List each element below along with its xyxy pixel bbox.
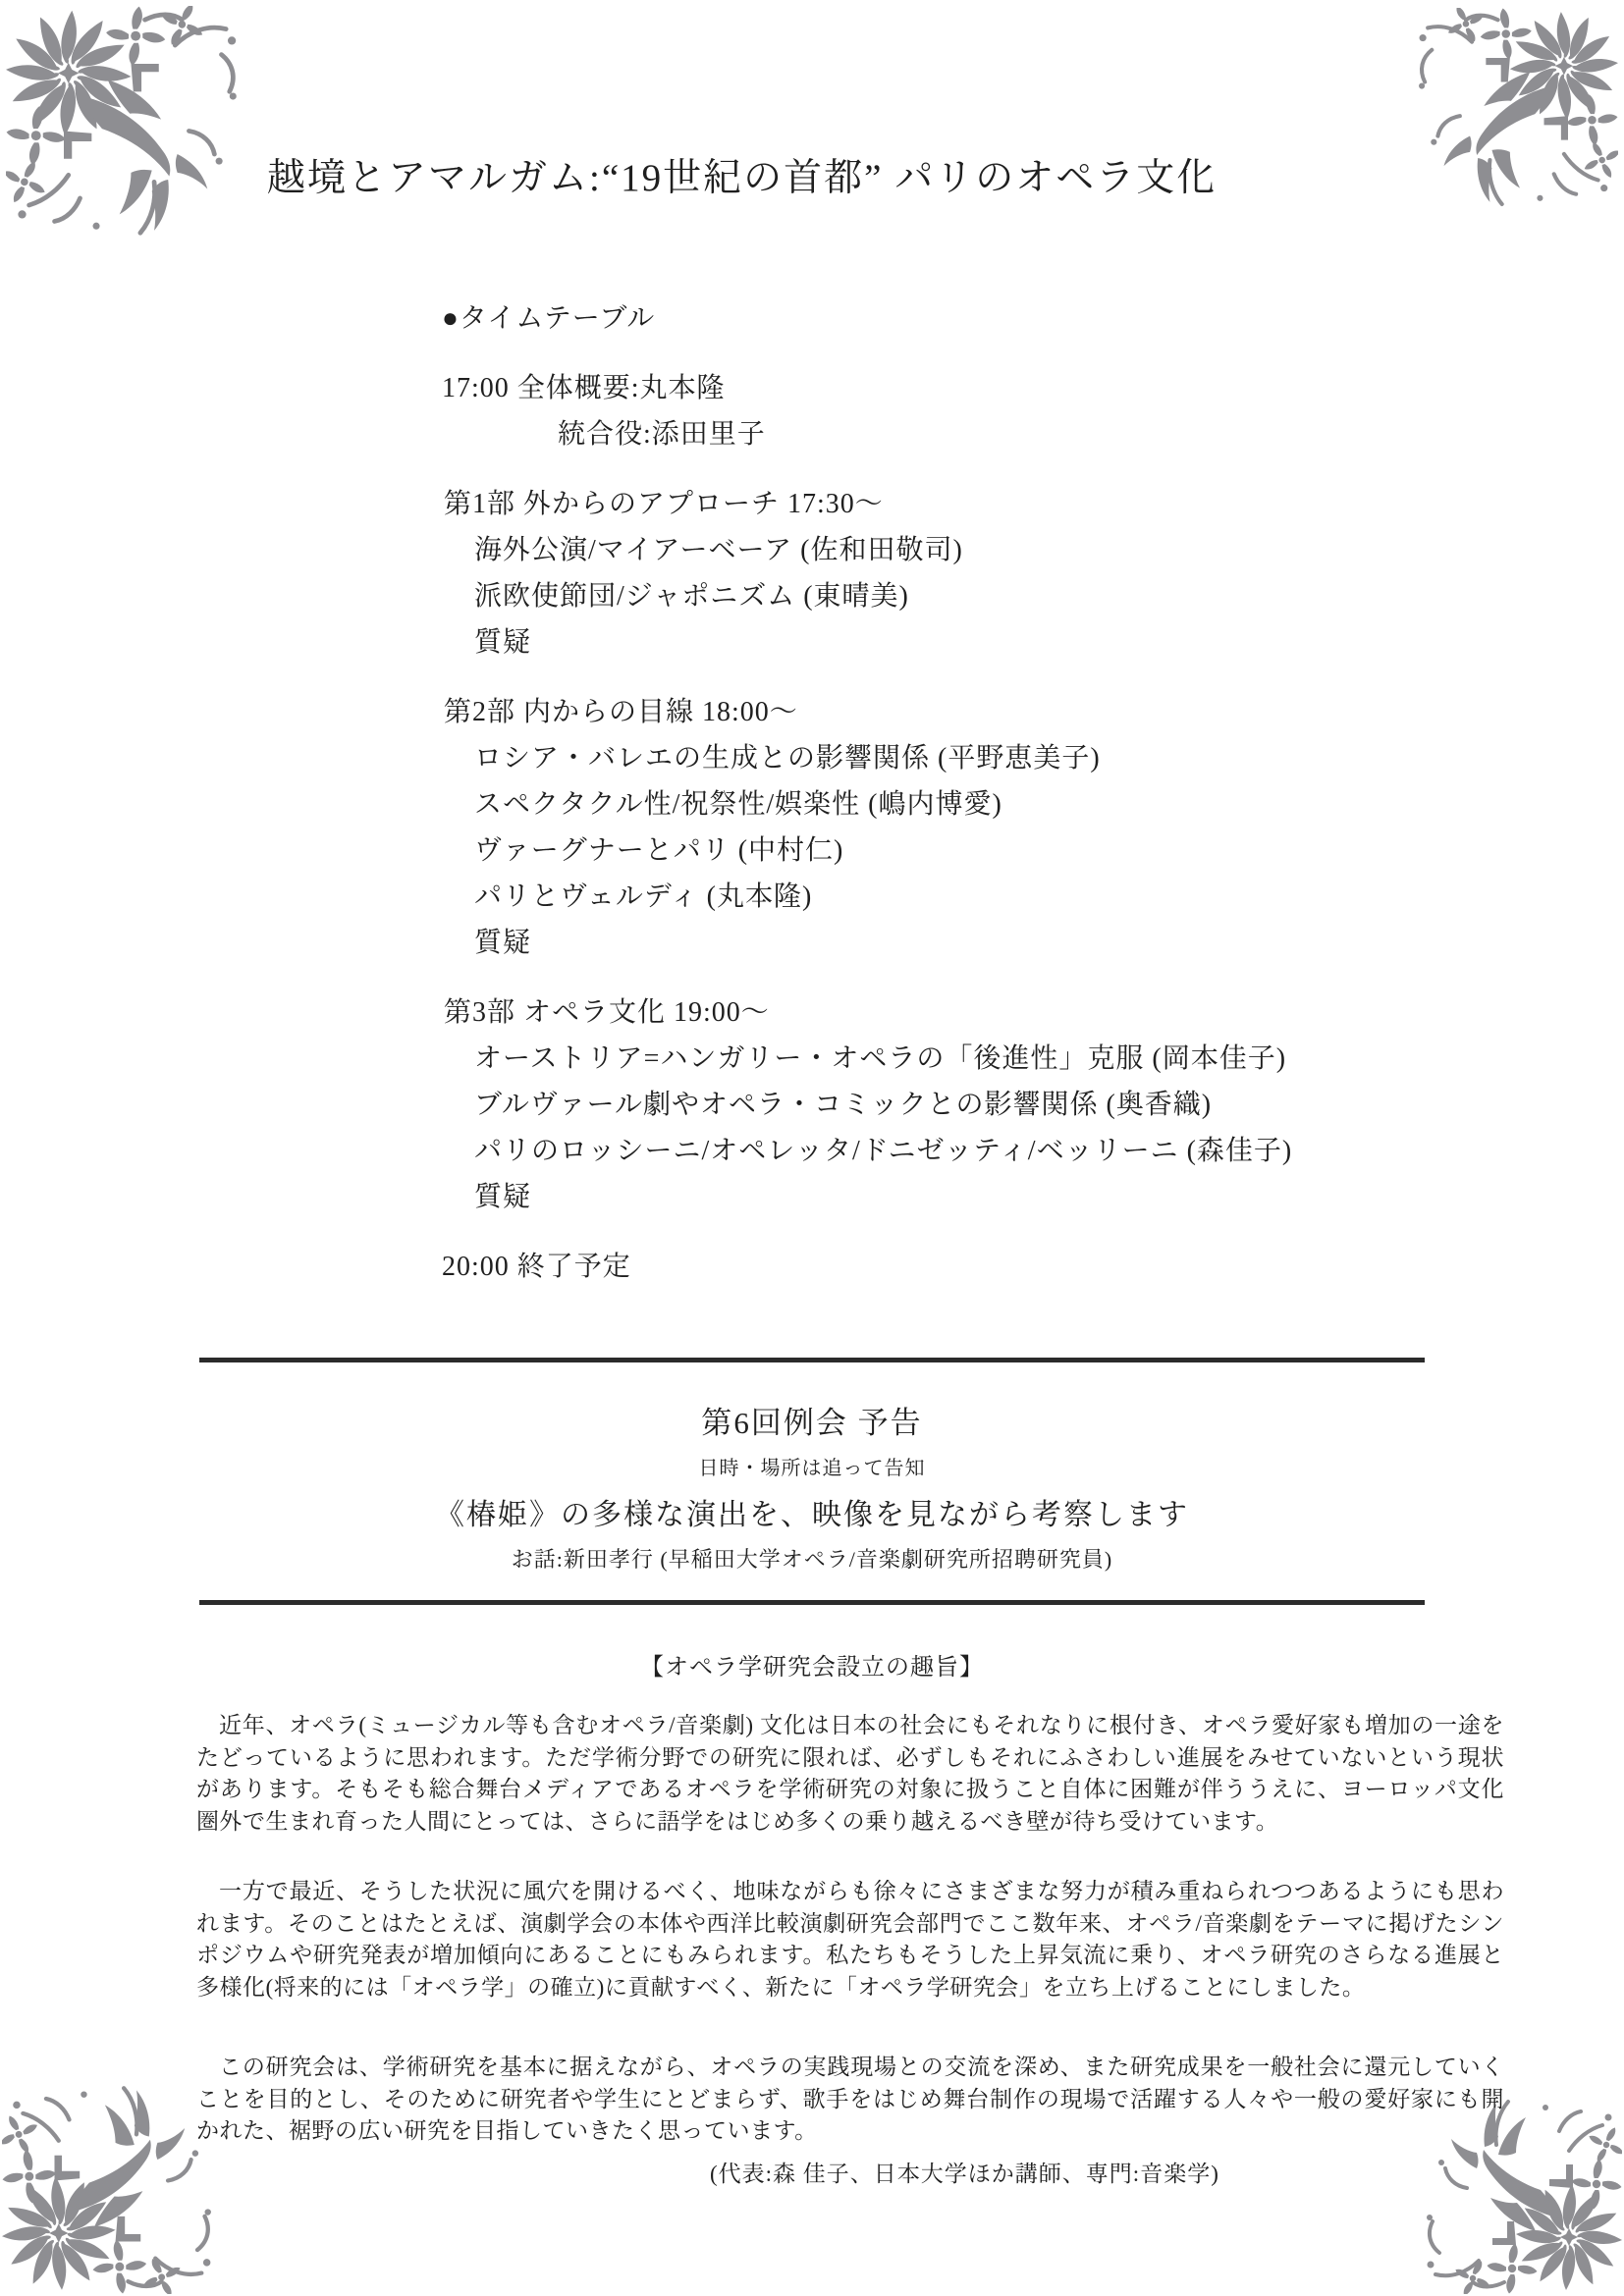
announcement-title: 第6回例会 予告 [0, 1398, 1624, 1442]
announcement-speaker: お話:新田孝行 (早稲田大学オペラ/音楽劇研究所招聘研究員) [0, 1543, 1624, 1574]
flyer-page: 越境とアマルガム:“19世紀の首都” パリのオペラ文化 ●タイムテーブル 17:… [0, 0, 1624, 2296]
representative-credit-line: (代表:森 佳子、日本大学ほか講師、専門:音楽学) [710, 2156, 1219, 2188]
prospectus-paragraph: この研究会は、学術研究を基本に据えながら、オペラの実践現場との交流を深め、また研… [196, 2052, 1504, 2148]
timetable-session-line: パリのロッシーニ/オペレッタ/ドニゼッティ/ベッリーニ (森佳子) [474, 1128, 1522, 1174]
announcement-subtitle: 日時・場所は追って告知 [0, 1452, 1624, 1480]
timetable-session-line: ロシア・バレエの生成との影響関係 (平野恵美子) [474, 735, 1522, 781]
prospectus-paragraph: 一方で最近、そうした状況に風穴を開けるべく、地味ながらも徐々にさまざまな努力が積… [196, 1876, 1504, 2003]
timetable-moderator-line: 統合役:添田里子 [558, 411, 1522, 457]
timetable-session-line: スペクタクル性/祝祭性/娯楽性 (嶋内博愛) [474, 781, 1522, 828]
timetable-section: ●タイムテーブル 17:00 全体概要:丸本隆 統合役:添田里子 第1部 外から… [442, 295, 1522, 1290]
divider-rule-middle [199, 1600, 1425, 1605]
timetable-session-line: ヴァーグナーとパリ (中村仁) [474, 828, 1522, 874]
timetable-qa-line: 質疑 [474, 920, 1522, 966]
page-title: 越境とアマルガム:“19世紀の首都” パリのオペラ文化 [267, 147, 1217, 202]
timetable-session-line: オーストリア=ハンガリー・オペラの「後進性」克服 (岡本佳子) [474, 1036, 1522, 1082]
timetable-part3-heading: 第3部 オペラ文化 19:00〜 [444, 989, 1522, 1036]
timetable-qa-line: 質疑 [474, 1174, 1522, 1220]
timetable-session-line: 派欧使節団/ジャポニズム (東晴美) [474, 573, 1522, 619]
timetable-session-line: パリとヴェルディ (丸本隆) [474, 874, 1522, 920]
timetable-heading: ●タイムテーブル [442, 295, 1522, 342]
timetable-closing-line: 20:00 終了予定 [442, 1244, 1522, 1290]
floral-corner-ornament-bottom-left [2, 2084, 212, 2294]
timetable-session-line: ブルヴァール劇やオペラ・コミックとの影響関係 (奥香織) [474, 1082, 1522, 1128]
floral-corner-ornament-top-left [6, 6, 238, 238]
timetable-qa-line: 質疑 [474, 619, 1522, 666]
divider-rule-top [199, 1358, 1425, 1362]
prospectus-paragraph: 近年、オペラ(ミュージカル等も含むオペラ/音楽劇) 文化は日本の社会にもそれなり… [196, 1710, 1504, 1838]
floral-corner-ornament-top-right [1418, 8, 1618, 208]
timetable-part2-heading: 第2部 内からの目線 18:00〜 [444, 689, 1522, 735]
timetable-opening-line: 17:00 全体概要:丸本隆 [442, 365, 1522, 411]
timetable-session-line: 海外公演/マイアーベーア (佐和田敬司) [474, 527, 1522, 573]
prospectus-heading: 【オペラ学研究会設立の趣旨】 [0, 1647, 1624, 1682]
announcement-topic: 《椿姫》の多様な演出を、映像を見ながら考察します [0, 1490, 1624, 1533]
timetable-part1-heading: 第1部 外からのアプローチ 17:30〜 [444, 481, 1522, 527]
